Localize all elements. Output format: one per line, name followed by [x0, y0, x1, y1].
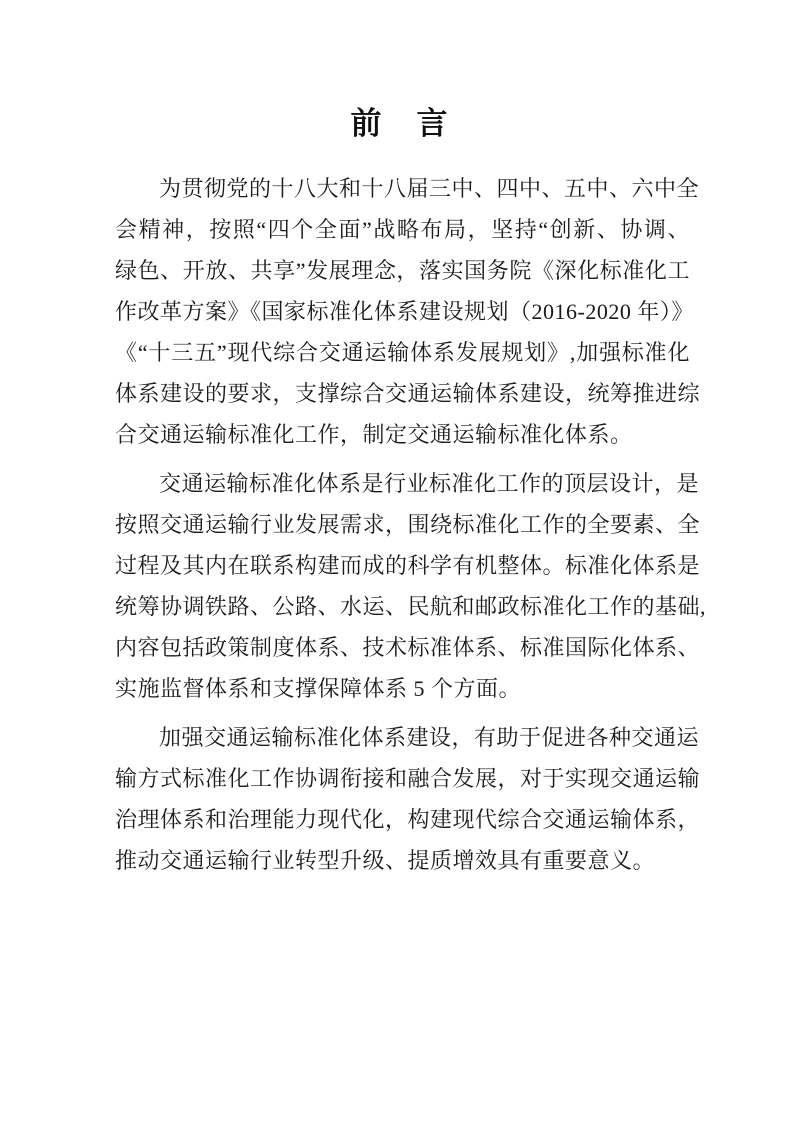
text-line: 输方式标准化工作协调衔接和融合发展，对于实现交通运输	[115, 758, 690, 799]
text-line: 为贯彻党的十八大和十八届三中、四中、五中、六中全	[115, 168, 690, 209]
text-line: 加强交通运输标准化体系建设，有助于促进各种交通运	[115, 717, 690, 758]
text-line: 实施监督体系和支撑保障体系 5 个方面。	[115, 668, 690, 709]
paragraph-3: 加强交通运输标准化体系建设，有助于促进各种交通运 输方式标准化工作协调衔接和融合…	[115, 717, 690, 881]
text-line: 会精神，按照“四个全面”战略布局，坚持“创新、协调、	[115, 209, 690, 250]
document-page: 前 言 为贯彻党的十八大和十八届三中、四中、五中、六中全 会精神，按照“四个全面…	[0, 0, 800, 1131]
paragraph-2: 交通运输标准化体系是行业标准化工作的顶层设计，是 按照交通运输行业发展需求，围绕…	[115, 463, 690, 709]
text-line: 绿色、开放、共享”发展理念，落实国务院《深化标准化工	[115, 250, 690, 291]
page-title: 前 言	[0, 103, 800, 145]
text-line: 过程及其内在联系构建而成的科学有机整体。标准化体系是	[115, 545, 690, 586]
text-line: 治理体系和治理能力现代化，构建现代综合交通运输体系，	[115, 799, 690, 840]
text-line: 合交通运输标准化工作，制定交通运输标准化体系。	[115, 414, 690, 455]
document-body: 为贯彻党的十八大和十八届三中、四中、五中、六中全 会精神，按照“四个全面”战略布…	[115, 168, 690, 881]
text-line: 交通运输标准化体系是行业标准化工作的顶层设计，是	[115, 463, 690, 504]
text-line: 《“十三五”现代综合交通运输体系发展规划》,加强标准化	[115, 332, 690, 373]
text-line: 体系建设的要求，支撑综合交通运输体系建设，统筹推进综	[115, 373, 690, 414]
text-line: 内容包括政策制度体系、技术标准体系、标准国际化体系、	[115, 627, 690, 668]
text-line: 统筹协调铁路、公路、水运、民航和邮政标准化工作的基础,	[115, 586, 690, 627]
text-line: 作改革方案》《国家标准化体系建设规划（2016-2020 年）》	[115, 291, 690, 332]
paragraph-1: 为贯彻党的十八大和十八届三中、四中、五中、六中全 会精神，按照“四个全面”战略布…	[115, 168, 690, 455]
text-line: 推动交通运输行业转型升级、提质增效具有重要意义。	[115, 840, 690, 881]
text-line: 按照交通运输行业发展需求，围绕标准化工作的全要素、全	[115, 504, 690, 545]
